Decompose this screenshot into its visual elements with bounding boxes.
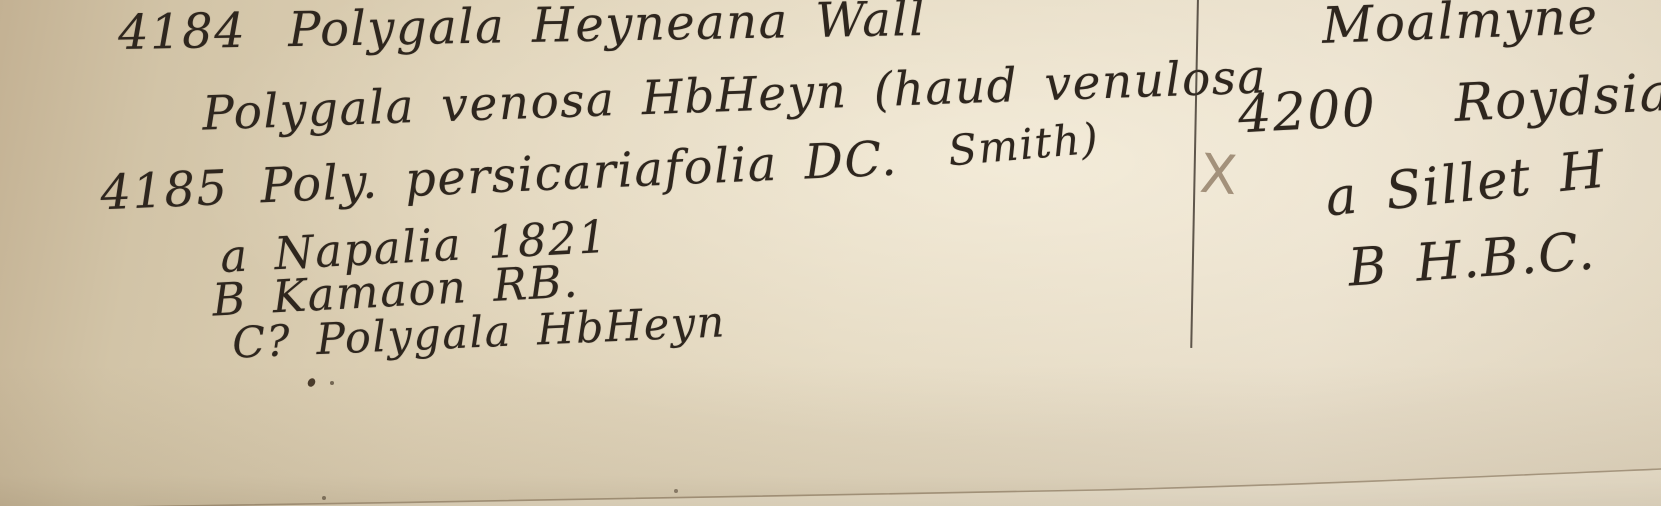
entry-4184-synonym-line: Polygala venosa HbHeyn (haud venulosa (202, 53, 1268, 137)
manuscript-page: 4184Polygala Heyneana Wall Polygala veno… (0, 0, 1661, 506)
entry-4185-number: 4185 (99, 164, 229, 218)
entry-4200-number: 4200 (1237, 82, 1378, 141)
entry-4184-name: Polygala Heyneana Wall (288, 0, 927, 54)
entry-4200-name: Roydsia (1453, 67, 1661, 130)
entry-4184-synonym-wrap: Smith) (946, 117, 1100, 172)
entry-4200-variant-b: B H.B.C. (1346, 225, 1597, 294)
ink-speck (322, 496, 326, 500)
entry-4200-line: 4200Roydsia (1237, 67, 1661, 142)
ink-speck (674, 489, 678, 493)
entry-4200-variant-a: a Sillet H (1323, 143, 1608, 224)
ink-speck (306, 377, 317, 388)
entry-4184-number: 4184 (118, 7, 247, 57)
entry-4184-line: 4184Polygala Heyneana Wall (118, 0, 927, 57)
entry-4185-line: 4185Poly. persicariafolia DC. (99, 135, 898, 218)
pencil-x-mark: X (1198, 147, 1239, 203)
ink-speck (330, 381, 334, 385)
entry-4185-name: Poly. persicariafolia DC. (259, 135, 898, 211)
entry-4200-location: Moalmyne (1321, 0, 1599, 51)
